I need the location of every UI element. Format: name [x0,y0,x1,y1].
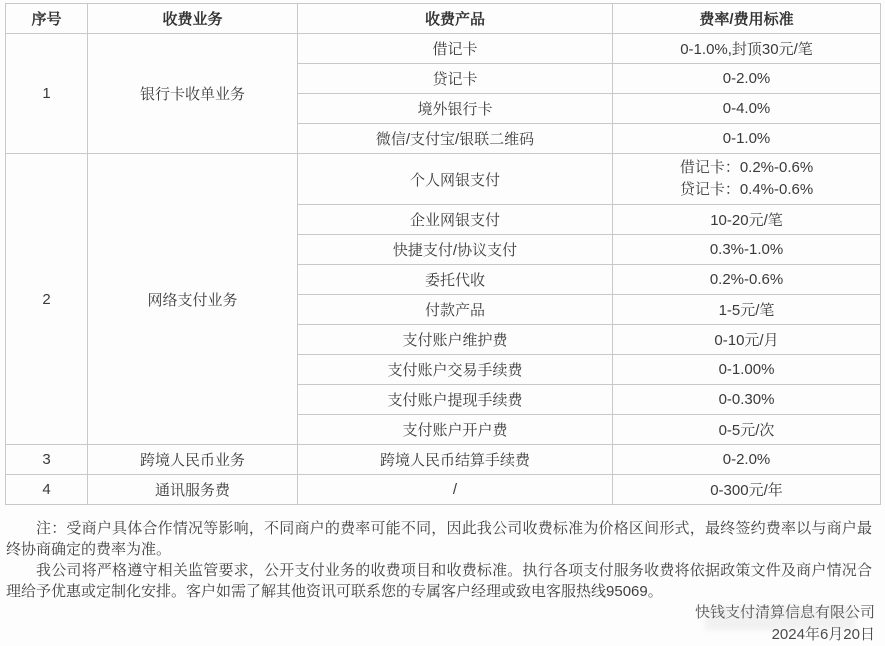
header-row: 序号 收费业务 收费产品 费率/费用标准 [6,4,881,34]
product-name: 企业网银支付 [298,205,613,235]
document-date: 2024年6月20日 [695,624,875,646]
table-row: 2 网络支付业务 个人网银支付 借记卡：0.2%-0.6% 贷记卡：0.4%-0… [6,154,881,205]
rate-value: 0-4.0% [613,94,881,124]
rate-value: 0-2.0% [613,445,881,475]
product-name: 支付账户提现手续费 [298,385,613,415]
group-no: 4 [6,475,88,505]
rate-value: 0-10元/月 [613,325,881,355]
company-name: 快钱支付清算信息有限公司 [695,602,875,624]
rate-line-credit: 贷记卡：0.4%-0.6% [680,181,813,198]
rate-value: 0-0.30% [613,385,881,415]
signature-block: 快钱支付清算信息有限公司 2024年6月20日 [695,602,875,646]
note-paragraph-1: 注：受商户具体合作情况等影响，不同商户的费率可能不同，因此我公司收费标准为价格区… [6,518,872,560]
rate-value: 10-20元/笔 [613,205,881,235]
rate-line-debit: 借记卡：0.2%-0.6% [680,159,813,176]
rate-value: 0.3%-1.0% [613,235,881,265]
table-row: 1 银行卡收单业务 借记卡 0-1.0%,封顶30元/笔 [6,34,881,64]
product-name: 跨境人民币结算手续费 [298,445,613,475]
business-name: 通讯服务费 [88,475,298,505]
group-no: 1 [6,34,88,154]
business-name: 跨境人民币业务 [88,445,298,475]
rate-value: 0-1.0%,封顶30元/笔 [613,34,881,64]
col-header-business: 收费业务 [88,4,298,34]
product-name: 快捷支付/协议支付 [298,235,613,265]
product-name: 支付账户开户费 [298,415,613,445]
rate-value: 0-300元/年 [613,475,881,505]
rate-value: 借记卡：0.2%-0.6% 贷记卡：0.4%-0.6% [613,154,881,205]
table-row: 4 通讯服务费 / 0-300元/年 [6,475,881,505]
col-header-rate: 费率/费用标准 [613,4,881,34]
table-row: 3 跨境人民币业务 跨境人民币结算手续费 0-2.0% [6,445,881,475]
fee-table: 序号 收费业务 收费产品 费率/费用标准 1 银行卡收单业务 借记卡 0-1.0… [5,3,881,505]
business-name: 银行卡收单业务 [88,34,298,154]
note-paragraph-2: 我公司将严格遵守相关监管要求，公开支付业务的收费项目和收费标准。执行各项支付服务… [6,560,872,602]
product-name: 贷记卡 [298,64,613,94]
business-name: 网络支付业务 [88,154,298,445]
rate-value: 0-1.00% [613,355,881,385]
product-name: 借记卡 [298,34,613,64]
rate-lines: 借记卡：0.2%-0.6% 贷记卡：0.4%-0.6% [680,157,813,201]
rate-value: 0-5元/次 [613,415,881,445]
product-name: 境外银行卡 [298,94,613,124]
col-header-product: 收费产品 [298,4,613,34]
rate-value: 1-5元/笔 [613,295,881,325]
product-name: 付款产品 [298,295,613,325]
group-no: 3 [6,445,88,475]
group-no: 2 [6,154,88,445]
rate-value: 0-2.0% [613,64,881,94]
rate-value: 0.2%-0.6% [613,265,881,295]
product-name: 微信/支付宝/银联二维码 [298,124,613,154]
col-header-no: 序号 [6,4,88,34]
product-name: 支付账户交易手续费 [298,355,613,385]
fee-schedule-page: 序号 收费业务 收费产品 费率/费用标准 1 银行卡收单业务 借记卡 0-1.0… [0,0,885,646]
product-name: 个人网银支付 [298,154,613,205]
product-name: / [298,475,613,505]
notes-section: 注：受商户具体合作情况等影响，不同商户的费率可能不同，因此我公司收费标准为价格区… [6,518,872,602]
rate-value: 0-1.0% [613,124,881,154]
product-name: 支付账户维护费 [298,325,613,355]
product-name: 委托代收 [298,265,613,295]
